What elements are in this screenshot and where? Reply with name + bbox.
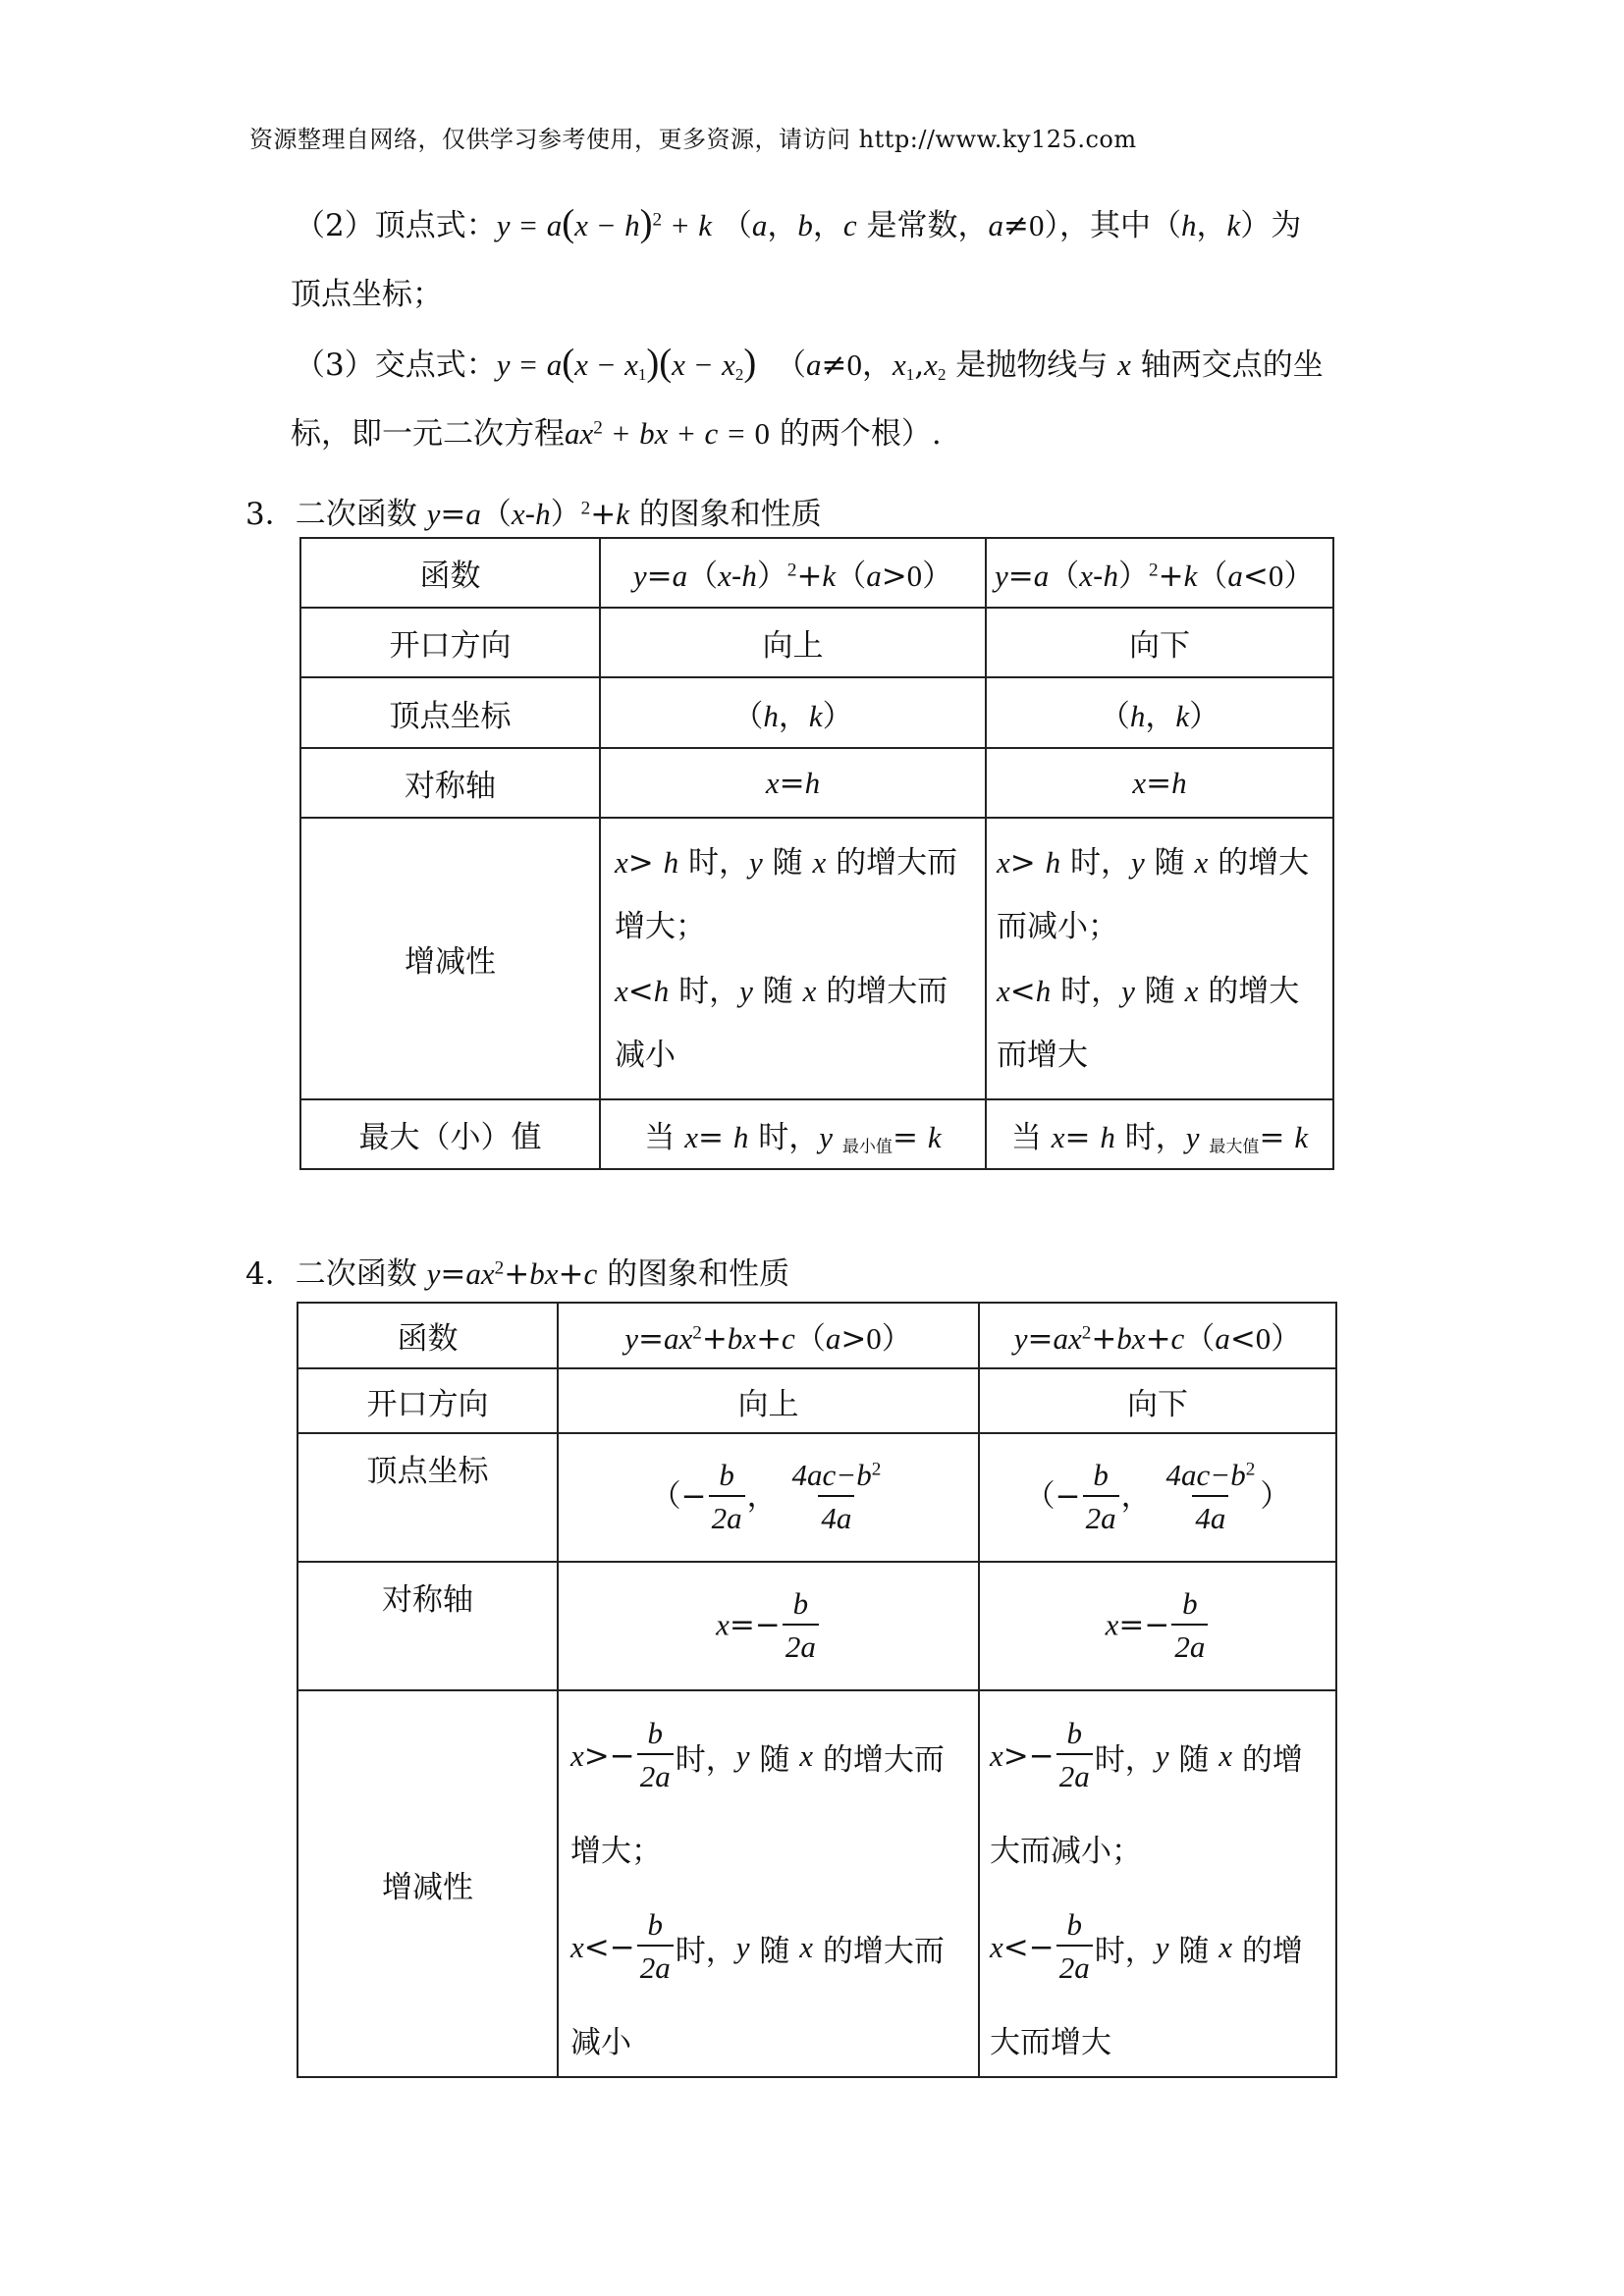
cell-axis-neg: x=−b2a: [979, 1562, 1336, 1690]
table-row: 对称轴 x=h x=h: [300, 748, 1333, 818]
page-header-notice: 资源整理自网络，仅供学习参考使用，更多资源，请访问 http://www.ky1…: [249, 120, 1137, 154]
header-cell-a-negative: y=ax2+bx+c（a<0）: [979, 1303, 1336, 1368]
row-label-axis: 对称轴: [300, 748, 600, 818]
cell-opening-neg: 向下: [986, 608, 1333, 677]
header-cell-function: 函数: [300, 538, 600, 608]
section3-title-formula: y=a（x-h）2+k: [427, 497, 629, 532]
section3-number: 3．: [245, 497, 296, 532]
section4-title-prefix: 二次函数: [296, 1256, 417, 1292]
header-cell-function: 函数: [298, 1303, 558, 1368]
table-header-row: 函数 y=ax2+bx+c（a>0） y=ax2+bx+c（a<0）: [298, 1303, 1336, 1368]
row-label-axis: 对称轴: [298, 1562, 558, 1690]
cell-axis-pos: x=−b2a: [558, 1562, 979, 1690]
section3-title-suffix: 的图象和性质: [639, 497, 822, 532]
row-label-opening: 开口方向: [300, 608, 600, 677]
vertex-form-line1: （2）顶点式：y = a(x − h)2 + k （a，b，c 是常数，a≠0）…: [295, 204, 1301, 245]
standard-form-properties-table: 函数 y=ax2+bx+c（a>0） y=ax2+bx+c（a<0） 开口方向 …: [297, 1302, 1337, 2078]
table-header-row: 函数 y=a（x-h）2+k（a>0） y=a（x-h）2+k（a<0）: [300, 538, 1333, 608]
cell-vertex-neg: （h，k）: [986, 677, 1333, 748]
section4-title-suffix: 的图象和性质: [607, 1256, 789, 1292]
cell-monotonicity-pos: x> h 时，y 随 x 的增大而 增大； x<h 时，y 随 x 的增大而 减…: [600, 818, 986, 1099]
row-label-vertex: 顶点坐标: [298, 1433, 558, 1562]
vertex-form-line2: 顶点坐标；: [291, 275, 443, 314]
intercept-form-label: （3）交点式：: [295, 347, 497, 383]
section4-number: 4．: [245, 1256, 296, 1292]
cell-opening-pos: 向上: [600, 608, 986, 677]
table-row: 开口方向 向上 向下: [300, 608, 1333, 677]
header-cell-a-negative: y=a（x-h）2+k（a<0）: [986, 538, 1333, 608]
cell-extremum-neg: 当 x= h 时，y 最大值= k: [986, 1099, 1333, 1169]
row-label-extremum: 最大（小）值: [300, 1099, 600, 1169]
intercept-form-line1: （3）交点式：y = a(x − x1)(x − x2) （a≠0，x1,x2 …: [295, 344, 1324, 385]
section4-title-formula: y=ax2+bx+c: [427, 1256, 598, 1292]
vertex-form-formula: y = a(x − h)2 + k: [497, 208, 712, 243]
row-label-monotonicity: 增减性: [298, 1690, 558, 2077]
intercept-form-formula: y = a(x − x1)(x − x2): [497, 347, 757, 383]
header-cell-a-positive: y=ax2+bx+c（a>0）: [558, 1303, 979, 1368]
intercept-form-line2: 标，即一元二次方程ax2 + bx + c = 0 的两个根）.: [291, 414, 942, 454]
vertex-form-properties-table: 函数 y=a（x-h）2+k（a>0） y=a（x-h）2+k（a<0） 开口方…: [299, 537, 1334, 1170]
cell-opening-neg: 向下: [979, 1368, 1336, 1433]
section3-title-prefix: 二次函数: [296, 497, 417, 532]
row-label-vertex: 顶点坐标: [300, 677, 600, 748]
section4-heading: 4．二次函数 y=ax2+bx+c 的图象和性质: [245, 1249, 789, 1293]
cell-opening-pos: 向上: [558, 1368, 979, 1433]
cell-monotonicity-pos: x>−b2a时，y 随 x 的增大而 增大； x<−b2a时，y 随 x 的增大…: [558, 1690, 979, 2077]
cell-vertex-neg: （−b2a， 4ac−b24a）: [979, 1433, 1336, 1562]
table-row: 增减性 x>−b2a时，y 随 x 的增大而 增大； x<−b2a时，y 随 x…: [298, 1690, 1336, 2077]
cell-extremum-pos: 当 x= h 时，y 最小值= k: [600, 1099, 986, 1169]
table-row: 顶点坐标 （h，k） （h，k）: [300, 677, 1333, 748]
cell-monotonicity-neg: x> h 时，y 随 x 的增大 而减小； x<h 时，y 随 x 的增大 而增…: [986, 818, 1333, 1099]
table-row: 最大（小）值 当 x= h 时，y 最小值= k 当 x= h 时，y 最大值=…: [300, 1099, 1333, 1169]
vertex-form-note: （a，b，c 是常数，a≠0），其中（h，k）为: [722, 208, 1301, 243]
section3-heading: 3．二次函数 y=a（x-h）2+k 的图象和性质: [245, 489, 822, 533]
table-row: 对称轴 x=−b2a x=−b2a: [298, 1562, 1336, 1690]
table-row: 顶点坐标 （−b2a， 4ac−b24a （−b2a， 4ac−b24a）: [298, 1433, 1336, 1562]
cell-axis-pos: x=h: [600, 748, 986, 818]
table-row: 开口方向 向上 向下: [298, 1368, 1336, 1433]
vertex-form-label: （2）顶点式：: [295, 208, 497, 243]
table-row: 增减性 x> h 时，y 随 x 的增大而 增大； x<h 时，y 随 x 的增…: [300, 818, 1333, 1099]
header-cell-a-positive: y=a（x-h）2+k（a>0）: [600, 538, 986, 608]
cell-vertex-pos: （−b2a， 4ac−b24a: [558, 1433, 979, 1562]
cell-axis-neg: x=h: [986, 748, 1333, 818]
intercept-form-note: （a≠0，x1,x2 是抛物线与 x 轴两交点的坐: [766, 347, 1324, 383]
cell-vertex-pos: （h，k）: [600, 677, 986, 748]
row-label-monotonicity: 增减性: [300, 818, 600, 1099]
cell-monotonicity-neg: x>−b2a时，y 随 x 的增 大而减小； x<−b2a时，y 随 x 的增 …: [979, 1690, 1336, 2077]
row-label-opening: 开口方向: [298, 1368, 558, 1433]
